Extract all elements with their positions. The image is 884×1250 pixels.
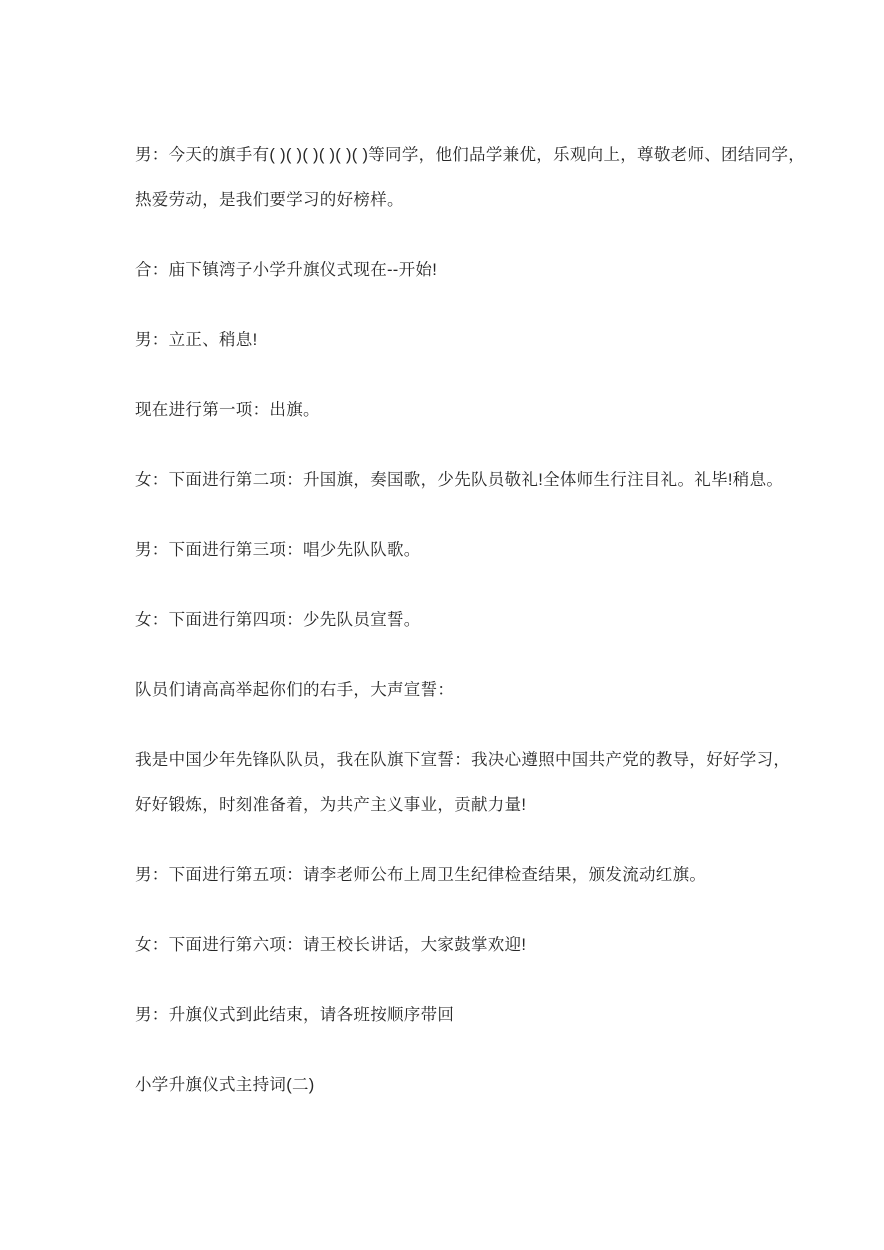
paragraph: 合：庙下镇湾子小学升旗仪式现在--开始! [135, 248, 840, 293]
paragraph: 男：今天的旗手有( )( )( )( )( )( )等同学，他们品学兼优，乐观向… [135, 133, 840, 223]
paragraph: 男：下面进行第五项：请李老师公布上周卫生纪律检查结果，颁发流动红旗。 [135, 853, 840, 898]
paragraph: 女：下面进行第二项：升国旗，奏国歌，少先队员敬礼!全体师生行注目礼。礼毕!稍息。 [135, 458, 840, 503]
paragraph: 男：升旗仪式到此结束，请各班按顺序带回 [135, 993, 840, 1038]
paragraph: 女：下面进行第六项：请王校长讲话，大家鼓掌欢迎! [135, 923, 840, 968]
paragraph: 男：立正、稍息! [135, 318, 840, 363]
paragraph: 我是中国少年先锋队队员，我在队旗下宣誓：我决心遵照中国共产党的教导，好好学习， … [135, 738, 840, 828]
paragraph: 女：下面进行第四项：少先队员宣誓。 [135, 598, 840, 643]
paragraph: 现在进行第一项：出旗。 [135, 388, 840, 433]
paragraph: 队员们请高高举起你们的右手，大声宣誓： [135, 668, 840, 713]
paragraph: 小学升旗仪式主持词(二) [135, 1063, 840, 1108]
paragraph: 男：下面进行第三项：唱少先队队歌。 [135, 528, 840, 573]
document-page: 男：今天的旗手有( )( )( )( )( )( )等同学，他们品学兼优，乐观向… [0, 0, 884, 1250]
document-body: 男：今天的旗手有( )( )( )( )( )( )等同学，他们品学兼优，乐观向… [135, 133, 840, 1108]
